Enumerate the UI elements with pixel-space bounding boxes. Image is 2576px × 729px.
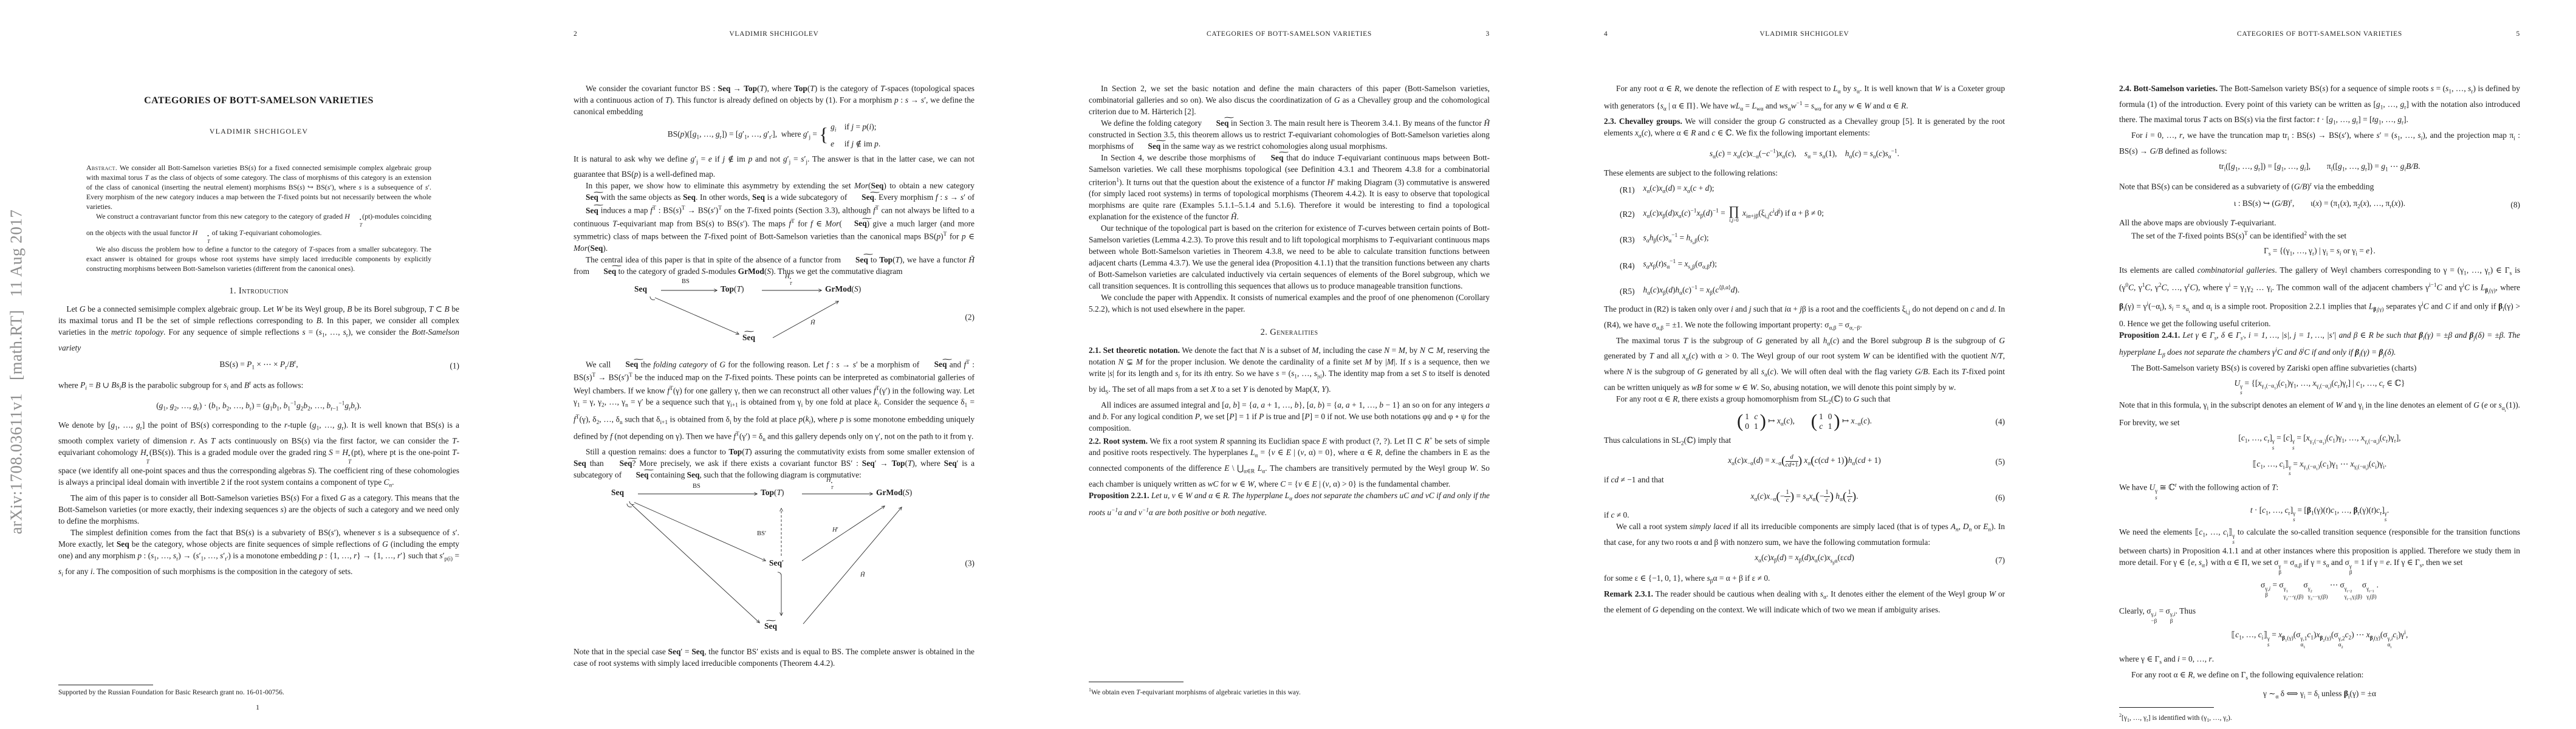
page-2: 2VLADIMIR SHCHIGOLEVWe consider the cova…	[515, 0, 1030, 729]
equation-body: t · [c1, …, cr]γs = [β1(γ)(t)c1, …, βr(γ…	[2250, 505, 2389, 515]
paragraph: We denote by [g1, …, gr] the point of BS…	[58, 419, 459, 492]
equation-tag: (5)	[1995, 456, 2005, 468]
equation-body: ⟦c1, …, ci⟧γs = xγ1(−α1)(c1)γ1 ⋯ xγi(−αi…	[2253, 459, 2387, 468]
diagram-label-bsp: BS′	[757, 530, 766, 538]
footnote-text: 2[γ1, …, γr] is identified with (γ1, …, …	[2119, 711, 2520, 725]
section-heading: 1. Introduction	[58, 286, 459, 297]
footnote-rule	[58, 685, 153, 685]
paragraph: It is natural to ask why we define g′j =…	[574, 153, 975, 180]
footnote: 1We obtain even T-equivariant morphisms …	[1089, 682, 1490, 697]
commutative-diagram-d2: SeqTop(T)GrMod(S)SeqBSH•TH̃	[616, 283, 932, 351]
paper-title: CATEGORIES OF BOTT-SAMELSON VARIETIES	[58, 95, 459, 108]
paragraph: For any root α ∈ R, there exists a group…	[1604, 393, 2005, 409]
diagram-node-seqp: Seq′	[769, 558, 784, 568]
footnote-text: 1We obtain even T-equivariant morphisms …	[1089, 685, 1490, 697]
diagram-node-grmod: GrMod(S)	[825, 284, 861, 294]
equation-tag: (6)	[1995, 491, 2005, 503]
relation-label: (R1)	[1620, 184, 1635, 196]
paragraph: The Bott-Samelson variety BS(s) is cover…	[2119, 362, 2520, 374]
paragraph: Note that in this formula, γi in the sub…	[2119, 399, 2520, 428]
equation: tri([g1, …, gr]) = [g1, …, gi], πi([g1, …	[2119, 160, 2520, 176]
relation: (R4)sαxβ(t)sα−1 = xsαβ(σα,βt);	[1620, 256, 2005, 275]
footnote: 2[γ1, …, γr] is identified with (γ1, …, …	[2119, 707, 2520, 725]
footnote: Supported by the Russian Foundation for …	[58, 685, 459, 697]
relation-label: (R2)	[1620, 208, 1635, 220]
paragraph: In Section 4, we describe those morphism…	[1089, 152, 1490, 222]
running-head	[58, 30, 459, 40]
running-head-right: 3	[1486, 30, 1490, 38]
paragraph: We have Uγs ≅ ℂr with the following acti…	[2119, 480, 2520, 500]
paragraph: We define the folding category Seq in Se…	[1089, 117, 1490, 152]
abstract-paragraph: We also discuss the problem how to defin…	[86, 244, 431, 273]
equation: Γs = {(γ1, …, γr) | γi = si or γi = e}.	[2119, 245, 2520, 261]
equation-tag: (4)	[1995, 416, 2005, 427]
equation-tag: (3)	[965, 558, 975, 569]
running-head-center: CATEGORIES OF BOTT-SAMELSON VARIETIES	[2119, 30, 2520, 38]
equation: BS(p)([g1, …, gr]) = [g′1, …, g′r′], whe…	[574, 121, 975, 149]
paragraph: Thus calculations in SL2(ℂ) imply that	[1604, 434, 2005, 450]
paragraph: Note that BS(s) can be considered as a s…	[2119, 179, 2520, 192]
diagram-node-tseq: Seq	[764, 621, 777, 631]
relation: (R5)hα(c)xβ(d)hα(c)−1 = xβ(c⟨β,α⟩d).	[1620, 282, 2005, 299]
paragraph: The set of the T-fixed points BS(s)T can…	[2119, 228, 2520, 241]
page-number: 1	[0, 703, 515, 712]
equation-body: tri([g1, …, gr]) = [g1, …, gi], πi([g1, …	[2219, 162, 2420, 171]
section-heading: 2. Generalities	[1089, 327, 1490, 338]
page-3: CATEGORIES OF BOTT-SAMELSON VARIETIES3In…	[1030, 0, 1546, 729]
equation: xα(c)x−α(−1c) = sαxα(−1c) hα(1c).(6)	[1604, 489, 2005, 505]
paragraph: For i = 0, …, r, we have the truncation …	[2119, 129, 2520, 157]
relation-body: xα(c)xα(d) = xα(c + d);	[1643, 182, 1714, 198]
equation-tag: (8)	[2510, 199, 2520, 210]
page-content: For any root α ∈ R, we denote the reflec…	[1604, 83, 2005, 697]
equation: BS(s) = P1 × ⋯ × Pr/Br,(1)	[58, 357, 459, 374]
equation-body: xα(c)x−α(−1c) = sαxα(−1c) hα(1c).	[1750, 491, 1858, 501]
equation: xα(c)x−α(d) = x−α(dcd+1) xα(c(cd + 1))hα…	[1604, 454, 2005, 470]
running-head-center: VLADIMIR SHCHIGOLEV	[1604, 30, 2005, 38]
remark: Remark 2.3.1. The reader should be cauti…	[1604, 588, 2005, 615]
equation: ⟦c1, …, ci⟧γs = xβ1(γ)(σγ,1α1c1)xβ2(γ)(σ…	[2119, 628, 2520, 649]
commutative-diagram: SeqTop(T)GrMod(S)SeqBSH•TH̃(2)	[574, 281, 975, 354]
diagram-node-grmod: GrMod(S)	[876, 488, 912, 498]
diagram-label-ht: H•T	[826, 477, 834, 490]
proposition: Proposition 2.2.1. Let u, v ∈ W and α ∈ …	[1089, 490, 1490, 518]
abstract-paragraph: Abstract. We consider all Bott-Samelson …	[86, 163, 431, 211]
paragraph: For any root α ∈ R, we define on Γs the …	[2119, 669, 2520, 685]
running-head: CATEGORIES OF BOTT-SAMELSON VARIETIES3	[1089, 30, 1490, 40]
relation: (R3)sαhβ(c)sα−1 = hsαβ(c);	[1620, 230, 2005, 249]
page-1: arXiv:1708.03611v1 [math.RT] 11 Aug 2017…	[0, 0, 515, 729]
running-head: 4VLADIMIR SHCHIGOLEV	[1604, 30, 2005, 40]
equation: [c1, …, cr]γs = [c]γs = [xγ1(−α1)(c1)γ1,…	[2119, 432, 2520, 451]
commutative-diagram-d3: SeqTop(T)GrMod(S)Seq′SeqBSH•TBS′H′H̃	[604, 487, 944, 640]
equation-body: γ ∼α δ ⟺ γi = δi unless βi(γ) = ±α	[2263, 689, 2376, 698]
relation-body: hα(c)xβ(d)hα(c)−1 = xβ(c⟨β,α⟩d).	[1643, 282, 1740, 299]
equation: ι : BS(s) ↪ (G/B)r, ι(x) = (π1(x), π2(x)…	[2119, 196, 2520, 213]
paragraph: The maximal torus T is the subgroup of G…	[1604, 335, 2005, 393]
equation-body: (g1, g2, …, gr) · (b1, b2, …, br) = (g1b…	[156, 401, 361, 410]
commutative-diagram: SeqTop(T)GrMod(S)Seq′SeqBSH•TBS′H′H̃(3)	[574, 484, 975, 642]
paragraph: All indices are assumed integral and [a,…	[1089, 399, 1490, 434]
page-4: 4VLADIMIR SHCHIGOLEVFor any root α ∈ R, …	[1546, 0, 2061, 729]
equation-body: [c1, …, cr]γs = [c]γs = [xγ1(−α1)(c1)γ1,…	[2238, 433, 2400, 442]
equation: ⟦c1, …, ci⟧γs = xγ1(−α1)(c1)γ1 ⋯ xγi(−αi…	[2119, 458, 2520, 477]
proposition: Proposition 2.4.1. Let γ ∈ Γs, δ ∈ Γs′, …	[2119, 329, 2520, 362]
relation-label: (R3)	[1620, 234, 1635, 245]
equation-body: Γs = {(γ1, …, γr) | γi = si or γi = e}.	[2264, 246, 2376, 255]
paragraph: 2.4. Bott-Samelson varieties. The Bott-S…	[2119, 83, 2520, 129]
paragraph: We consider the covariant functor BS : S…	[574, 83, 975, 117]
page-content: We consider the covariant functor BS : S…	[574, 83, 975, 697]
relation-body: sαxβ(t)sα−1 = xsαβ(σα,βt);	[1643, 256, 1717, 275]
abstract-paragraph: We construct a contravariant functor fro…	[86, 211, 431, 244]
footnote-rule	[2119, 707, 2214, 708]
paragraph: Its elements are called combinatorial ga…	[2119, 264, 2520, 329]
running-head-center: VLADIMIR SHCHIGOLEV	[574, 30, 975, 38]
paragraph: for some ε ∈ {−1, 0, 1}, where sβα = α +…	[1604, 572, 2005, 588]
running-head-right: 5	[2516, 30, 2520, 38]
page-content: In Section 2, we set the basic notation …	[1089, 83, 1490, 697]
equation: σγ,iβ = σγ1γ2⋯γi(β)σγ2γ3⋯γi(β) ⋯ σγi−2γi…	[2119, 579, 2520, 601]
equation-body: BS(p)([g1, …, gr]) = [g′1, …, g′r′], whe…	[668, 129, 880, 139]
equation-body: σγ,iβ = σγ1γ2⋯γi(β)σγ2γ3⋯γi(β) ⋯ σγi−2γi…	[2261, 580, 2379, 589]
paragraph: We conclude the paper with Appendix. It …	[1089, 292, 1490, 315]
paragraph: In Section 2, we set the basic notation …	[1089, 83, 1490, 117]
diagram-label-hp: H′	[832, 527, 838, 534]
paragraph: The product in (R2) is taken only over i…	[1604, 303, 2005, 334]
diagram-arrows	[616, 283, 932, 351]
relation-body: sαhβ(c)sα−1 = hsαβ(c);	[1643, 230, 1709, 249]
equation-body: xα(c)xβ(d) = xβ(d)xα(c)xsβα(εcd)	[1755, 553, 1854, 562]
arxiv-stamp: arXiv:1708.03611v1 [math.RT] 11 Aug 2017	[7, 210, 26, 535]
paragraph: 2.2. Root system. We fix a root system R…	[1089, 434, 1490, 490]
paragraph: In this paper, we show how to eliminate …	[574, 180, 975, 253]
diagram-label-bs: BS	[693, 483, 701, 490]
relation-body: xα(c)xβ(d)xα(c)−1xβ(d)−1 = ∏i,j>0 xiα+jβ…	[1643, 205, 1824, 223]
paragraph: Our technique of the topological part is…	[1089, 222, 1490, 292]
equation-tag: (1)	[450, 360, 459, 371]
equation-body: Uγs = {[xγ1(−α1)(c1)γ1, …, xγr(−αr)(cr)γ…	[2235, 378, 2405, 388]
equation-tag: (2)	[965, 311, 975, 323]
equation-body: (1c01) ↦ xα(c), (10c1) ↦ x−α(c).	[1737, 416, 1872, 425]
relation: (R1)xα(c)xα(d) = xα(c + d);	[1620, 182, 2005, 198]
diagram-node-top: Top(T)	[721, 284, 744, 294]
equation-body: xα(c)x−α(d) = x−α(dcd+1) xα(c(cd + 1))hα…	[1728, 456, 1881, 465]
relation-label: (R5)	[1620, 286, 1635, 297]
equation-tag: (7)	[1995, 555, 2005, 566]
paragraph: The simplest definition comes from the f…	[58, 527, 459, 581]
equation: Uγs = {[xγ1(−α1)(c1)γ1, …, xγr(−αr)(cr)γ…	[2119, 377, 2520, 396]
equation-body: ⟦c1, …, ci⟧γs = xβ1(γ)(σγ,1α1c1)xβ2(γ)(σ…	[2232, 630, 2408, 639]
equation-body: ι : BS(s) ↪ (G/B)r, ι(x) = (π1(x), π2(x)…	[2234, 199, 2405, 208]
equation: (g1, g2, …, gr) · (b1, b2, …, br) = (g1b…	[58, 399, 459, 416]
diagram-node-seq: Seq	[611, 488, 624, 498]
diagram-label-ht: H•T	[785, 273, 792, 287]
paragraph: 2.1. Set theoretic notation. We denote t…	[1089, 344, 1490, 399]
diagram-label-htilde: H̃	[860, 572, 865, 579]
paragraph: if c ≠ 0.	[1604, 509, 2005, 521]
paragraph: The aim of this paper is to consider all…	[58, 492, 459, 527]
paragraph: These elements are subject to the follow…	[1604, 167, 2005, 179]
paragraph: For any root α ∈ R, we denote the reflec…	[1604, 83, 2005, 115]
diagram-label-bs: BS	[682, 278, 690, 286]
page-content: 2.4. Bott-Samelson varieties. The Bott-S…	[2119, 83, 2520, 697]
paragraph: We need the elements ⟦c1, …, ci⟧γs to ca…	[2119, 526, 2520, 575]
equation: t · [c1, …, cr]γs = [β1(γ)(t)c1, …, βr(γ…	[2119, 504, 2520, 523]
equation: γ ∼α δ ⟺ γi = δi unless βi(γ) = ±α	[2119, 688, 2520, 703]
paragraph: Let G be a connected semisimple complex …	[58, 303, 459, 354]
paragraph: where Pi = B ∪ BsiB is the parabolic sub…	[58, 378, 459, 395]
page-5: CATEGORIES OF BOTT-SAMELSON VARIETIES52.…	[2061, 0, 2576, 729]
paragraph: Clearly, σγ,i−β = σγ,iβ. Thus	[2119, 605, 2520, 624]
equation-body: BS(s) = P1 × ⋯ × Pr/Br,	[219, 360, 298, 369]
equation: xα(c)xβ(d) = xβ(d)xα(c)xsβα(εcd)(7)	[1604, 552, 2005, 569]
paragraph: where γ ∈ Γs and i = 0, …, r.	[2119, 653, 2520, 669]
author-name: VLADIMIR SHCHIGOLEV	[58, 126, 459, 137]
equation-body: sα(c) = xα(c)x−α(−c−1)xα(c), sα = sα(1),…	[1710, 149, 1899, 158]
paragraph: We call Seq the folding category of G fo…	[574, 357, 975, 446]
diagram-label-htilde: H̃	[810, 320, 815, 327]
paragraph: All the above maps are obviously T-equiv…	[2119, 217, 2520, 228]
paragraph: Note that in the special case Seq′ = Seq…	[574, 646, 975, 669]
equation: sα(c) = xα(c)x−α(−c−1)xα(c), sα = sα(1),…	[1604, 146, 2005, 163]
footnote-rule	[1089, 682, 1184, 682]
paper-spread: arXiv:1708.03611v1 [math.RT] 11 Aug 2017…	[0, 0, 2576, 729]
paragraph: if cd ≠ −1 and that	[1604, 474, 2005, 485]
page-content: CATEGORIES OF BOTT-SAMELSON VARIETIESVLA…	[58, 83, 459, 697]
paragraph: We call a root system simply laced if al…	[1604, 521, 2005, 548]
diagram-node-top: Top(T)	[761, 488, 784, 498]
paragraph: Still a question remains: does a functor…	[574, 446, 975, 481]
running-head-center: CATEGORIES OF BOTT-SAMELSON VARIETIES	[1089, 30, 1490, 38]
paragraph: 2.3. Chevalley groups. We will consider …	[1604, 115, 2005, 143]
relation-label: (R4)	[1620, 260, 1635, 272]
paragraph: The central idea of this paper is that i…	[574, 254, 975, 277]
equation: (1c01) ↦ xα(c), (10c1) ↦ x−α(c).(4)	[1604, 412, 2005, 431]
diagram-node-seq: Seq	[634, 284, 647, 294]
running-head: CATEGORIES OF BOTT-SAMELSON VARIETIES5	[2119, 30, 2520, 40]
footnote-text: Supported by the Russian Foundation for …	[58, 688, 459, 697]
diagram-node-tseq: Seq	[742, 333, 755, 343]
relation: (R2)xα(c)xβ(d)xα(c)−1xβ(d)−1 = ∏i,j>0 xi…	[1620, 205, 2005, 223]
running-head: 2VLADIMIR SHCHIGOLEV	[574, 30, 975, 40]
